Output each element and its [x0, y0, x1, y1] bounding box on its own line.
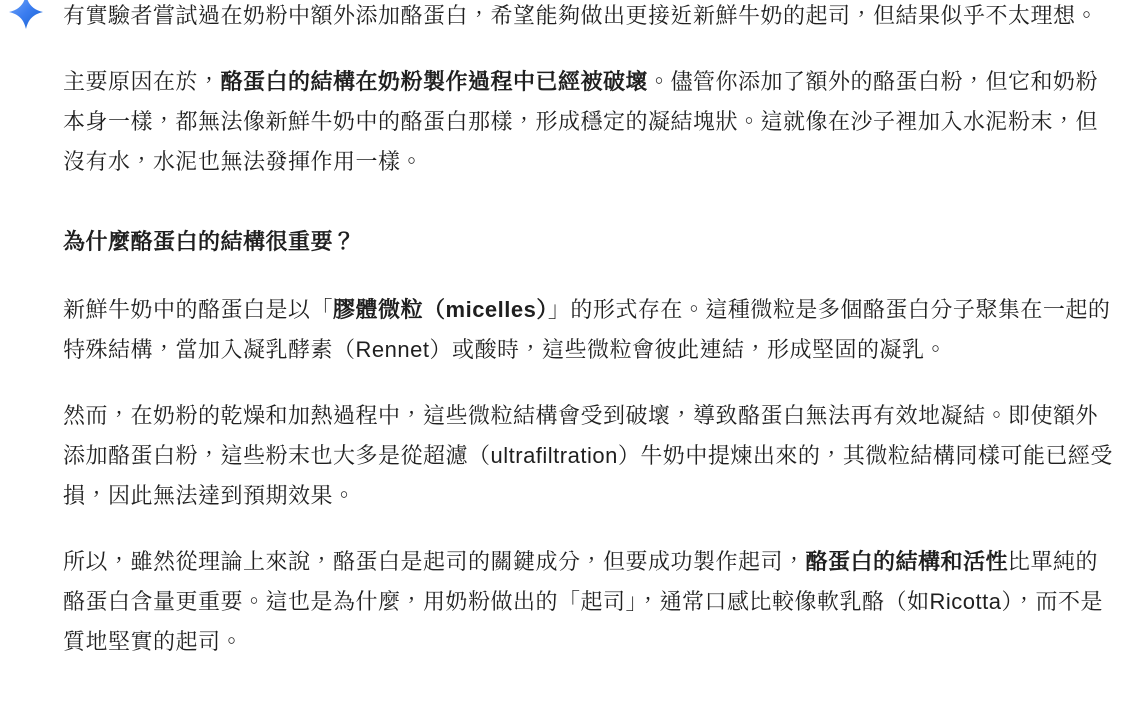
paragraph-bold-text: 酪蛋白的結構在奶粉製作過程中已經被破壞 — [221, 69, 649, 94]
response-paragraph-2: 主要原因在於，酪蛋白的結構在奶粉製作過程中已經被破壞。儘管你添加了額外的酪蛋白粉… — [63, 62, 1114, 182]
paragraph-text: 主要原因在於， — [63, 69, 221, 94]
response-paragraph-3: 新鮮牛奶中的酪蛋白是以「膠體微粒（micelles）」的形式存在。這種微粒是多個… — [63, 290, 1114, 370]
paragraph-text: 所以，雖然從理論上來說，酪蛋白是起司的關鍵成分，但要成功製作起司， — [63, 549, 806, 574]
paragraph-text: 然而，在奶粉的乾燥和加熱過程中，這些微粒結構會受到破壞，導致酪蛋白無法再有效地凝… — [63, 403, 1113, 508]
paragraph-bold-text: 膠體微粒（micelles） — [333, 297, 548, 322]
response-paragraph-5: 所以，雖然從理論上來說，酪蛋白是起司的關鍵成分，但要成功製作起司，酪蛋白的結構和… — [63, 542, 1114, 662]
response-paragraph-1: 有實驗者嘗試過在奶粉中額外添加酪蛋白，希望能夠做出更接近新鮮牛奶的起司，但結果似… — [63, 0, 1114, 36]
section-heading: 為什麼酪蛋白的結構很重要？ — [63, 222, 1114, 262]
paragraph-text: 有實驗者嘗試過在奶粉中額外添加酪蛋白，希望能夠做出更接近新鮮牛奶的起司，但結果似… — [63, 3, 1098, 28]
response-paragraph-4: 然而，在奶粉的乾燥和加熱過程中，這些微粒結構會受到破壞，導致酪蛋白無法再有效地凝… — [63, 396, 1114, 516]
assistant-response: 有實驗者嘗試過在奶粉中額外添加酪蛋白，希望能夠做出更接近新鮮牛奶的起司，但結果似… — [0, 0, 1128, 662]
paragraph-bold-text: 酪蛋白的結構和活性 — [806, 549, 1009, 574]
gemini-sparkle-icon — [9, 0, 43, 29]
paragraph-text: 新鮮牛奶中的酪蛋白是以「 — [63, 297, 333, 322]
